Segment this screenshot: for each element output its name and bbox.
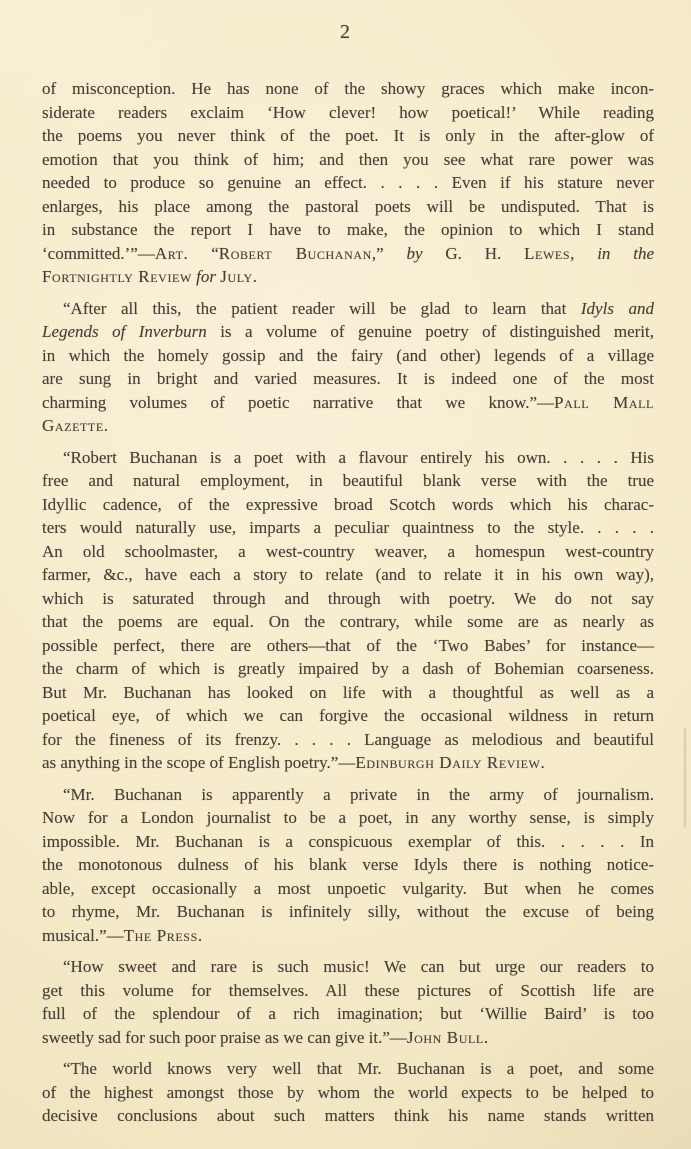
body-text: sweetly sad for such poor praise as we c… (42, 1028, 407, 1047)
paragraph-5: “How sweet and rare is such music! We ca… (42, 955, 654, 1049)
body-text: Now for a London journalist to be a poet… (42, 808, 654, 827)
body-text: possible perfect, there are others—that … (42, 636, 654, 655)
body-text: , (570, 244, 597, 263)
smallcaps-citation: John Bull (407, 1028, 484, 1047)
body-text: of misconception. He has none of the sho… (42, 79, 654, 98)
body-text: decisive conclusions about such matters … (42, 1106, 654, 1125)
text-line: enlarges, his place among the pastoral p… (42, 195, 654, 219)
body-text: impossible. Mr. Buchanan is a conspicuou… (42, 832, 654, 851)
body-text: in which the homely gossip and the fairy… (42, 346, 654, 365)
text-line: siderate readers exclaim ‘How clever! ho… (42, 101, 654, 125)
text-block: of misconception. He has none of the sho… (42, 77, 654, 1136)
body-text: is a volume of genuine poetry of disting… (207, 322, 654, 341)
body-text: to rhyme, Mr. Buchanan is infinitely sil… (42, 902, 654, 921)
body-text: get this volume for themselves. All thes… (42, 981, 654, 1000)
text-line: of misconception. He has none of the sho… (42, 77, 654, 101)
body-text: the monotonous dulness of his blank vers… (42, 855, 654, 874)
text-line: musical.”—The Press. (42, 924, 654, 948)
text-line: are sung in bright and varied measures. … (42, 367, 654, 391)
body-text: ,” (372, 244, 407, 263)
body-text: emotion that you think of him; and then … (42, 150, 654, 169)
smallcaps-citation: Art. (155, 244, 189, 263)
smallcaps-citation: Pall Mall (554, 393, 654, 412)
text-line: the poems you never think of the poet. I… (42, 124, 654, 148)
text-line: farmer, &c., have each a story to relate… (42, 563, 654, 587)
body-text: of the highest amongst those by whom the… (42, 1083, 654, 1102)
text-line: able, except occasionally a most unpoeti… (42, 877, 654, 901)
text-line: Idyllic cadence, of the expressive broad… (42, 493, 654, 517)
body-text: as anything in the scope of English poet… (42, 753, 355, 772)
text-line: full of the splendour of a rich imaginat… (42, 1002, 654, 1026)
paragraph-2: “After all this, the patient reader will… (42, 297, 654, 438)
italic-text: in the (597, 244, 654, 263)
paragraph-1: of misconception. He has none of the sho… (42, 77, 654, 289)
text-line: Gazette. (42, 414, 654, 438)
text-line: Now for a London journalist to be a poet… (42, 806, 654, 830)
scan-artifact-line (684, 728, 686, 828)
text-line: decisive conclusions about such matters … (42, 1104, 654, 1128)
body-text: ‘committed.’”— (42, 244, 155, 263)
text-line: An old schoolmaster, a west-country weav… (42, 540, 654, 564)
text-line: impossible. Mr. Buchanan is a conspicuou… (42, 830, 654, 854)
body-text: . (253, 267, 257, 286)
italic-text: by (407, 244, 423, 263)
smallcaps-citation: Robert Buchanan (219, 244, 372, 263)
body-text: . (198, 926, 202, 945)
italic-text: Idyls and (581, 299, 654, 318)
body-text: enlarges, his place among the pastoral p… (42, 197, 654, 216)
body-text: Idyllic cadence, of the expressive broad… (42, 495, 654, 514)
italic-text: Legends of Inverburn (42, 322, 207, 341)
smallcaps-citation: Fortnightly Review (42, 267, 192, 286)
text-line: get this volume for themselves. All thes… (42, 979, 654, 1003)
body-text: farmer, &c., have each a story to relate… (42, 565, 654, 584)
body-text: full of the splendour of a rich imaginat… (42, 1004, 654, 1023)
smallcaps-citation: The Press (124, 926, 198, 945)
text-line: “How sweet and rare is such music! We ca… (42, 955, 654, 979)
text-line: poetical eye, of which we can forgive th… (42, 704, 654, 728)
text-line: that the poems are equal. On the contrar… (42, 610, 654, 634)
book-page: 2 of misconception. He has none of the s… (0, 0, 691, 1149)
body-text: for the fineness of its frenzy. . . . . … (42, 730, 654, 749)
page-number: 2 (0, 21, 691, 44)
body-text: free and natural employment, in beautifu… (42, 471, 654, 490)
text-line: to rhyme, Mr. Buchanan is infinitely sil… (42, 900, 654, 924)
text-line: Fortnightly Review for July. (42, 265, 654, 289)
text-line: ‘committed.’”—Art. “Robert Buchanan,” by… (42, 242, 654, 266)
italic-text: for (196, 267, 216, 286)
body-text: able, except occasionally a most unpoeti… (42, 879, 654, 898)
text-line: “The world knows very well that Mr. Buch… (42, 1057, 654, 1081)
body-text: needed to produce so genuine an effect. … (42, 173, 654, 192)
paragraph-3: “Robert Buchanan is a poet with a flavou… (42, 446, 654, 775)
body-text: “Mr. Buchanan is apparently a private in… (63, 785, 654, 804)
body-text: musical.”— (42, 926, 124, 945)
body-text: An old schoolmaster, a west-country weav… (42, 542, 654, 561)
text-line: sweetly sad for such poor praise as we c… (42, 1026, 654, 1050)
body-text: poetical eye, of which we can forgive th… (42, 706, 654, 725)
body-text: the poems you never think of the poet. I… (42, 126, 654, 145)
text-line: free and natural employment, in beautifu… (42, 469, 654, 493)
text-line: of the highest amongst those by whom the… (42, 1081, 654, 1105)
body-text: “After all this, the patient reader will… (63, 299, 581, 318)
text-line: “After all this, the patient reader will… (42, 297, 654, 321)
body-text: are sung in bright and varied measures. … (42, 369, 654, 388)
smallcaps-citation: Lewes (524, 244, 570, 263)
smallcaps-citation: July (220, 267, 252, 286)
body-text: in substance the report I have to make, … (42, 220, 654, 239)
body-text: “How sweet and rare is such music! We ca… (63, 957, 654, 976)
text-line: which is saturated through and through w… (42, 587, 654, 611)
text-line: for the fineness of its frenzy. . . . . … (42, 728, 654, 752)
body-text: “ (188, 244, 218, 263)
paragraph-4: “Mr. Buchanan is apparently a private in… (42, 783, 654, 948)
text-line: “Robert Buchanan is a poet with a flavou… (42, 446, 654, 470)
text-line: “Mr. Buchanan is apparently a private in… (42, 783, 654, 807)
body-text: that the poems are equal. On the contrar… (42, 612, 654, 631)
body-text: . (484, 1028, 488, 1047)
paragraph-6: “The world knows very well that Mr. Buch… (42, 1057, 654, 1128)
text-line: But Mr. Buchanan has looked on life with… (42, 681, 654, 705)
text-line: ters would naturally use, imparts a pecu… (42, 516, 654, 540)
body-text: ters would naturally use, imparts a pecu… (42, 518, 654, 537)
body-text: . (540, 753, 544, 772)
text-line: needed to produce so genuine an effect. … (42, 171, 654, 195)
text-line: the monotonous dulness of his blank vers… (42, 853, 654, 877)
body-text: But Mr. Buchanan has looked on life with… (42, 683, 654, 702)
text-line: charming volumes of poetic narrative tha… (42, 391, 654, 415)
text-line: the charm of which is greatly impaired b… (42, 657, 654, 681)
smallcaps-citation: Edinburgh Daily Review (355, 753, 540, 772)
text-line: in which the homely gossip and the fairy… (42, 344, 654, 368)
body-text: “The world knows very well that Mr. Buch… (63, 1059, 654, 1078)
body-text: “Robert Buchanan is a poet with a flavou… (63, 448, 654, 467)
body-text: siderate readers exclaim ‘How clever! ho… (42, 103, 654, 122)
text-line: emotion that you think of him; and then … (42, 148, 654, 172)
body-text: charming volumes of poetic narrative tha… (42, 393, 554, 412)
body-text: which is saturated through and through w… (42, 589, 654, 608)
smallcaps-citation: Gazette (42, 416, 104, 435)
body-text: G. H. (423, 244, 525, 263)
text-line: Legends of Inverburn is a volume of genu… (42, 320, 654, 344)
text-line: as anything in the scope of English poet… (42, 751, 654, 775)
body-text: the charm of which is greatly impaired b… (42, 659, 654, 678)
body-text: . (104, 416, 108, 435)
text-line: possible perfect, there are others—that … (42, 634, 654, 658)
text-line: in substance the report I have to make, … (42, 218, 654, 242)
